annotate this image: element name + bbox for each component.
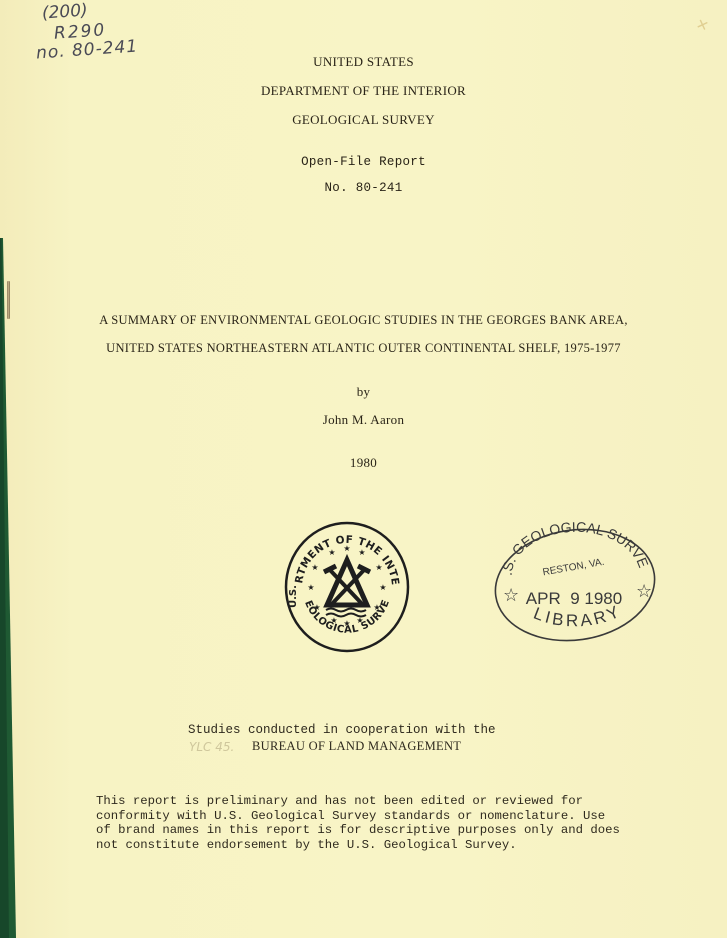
agency-line1: UNITED STATES xyxy=(0,54,727,70)
svg-text:★: ★ xyxy=(358,548,365,557)
title-line1: A SUMMARY OF ENVIRONMENTAL GEOLOGIC STUD… xyxy=(0,313,727,328)
cooperation-line1: Studies conducted in cooperation with th… xyxy=(188,723,496,737)
report-number: No. 80-241 xyxy=(0,181,727,195)
title-line2: UNITED STATES NORTHEASTERN ATLANTIC OUTE… xyxy=(0,341,727,356)
svg-text:★: ★ xyxy=(330,616,337,625)
agency-line2: DEPARTMENT OF THE INTERIOR xyxy=(0,83,727,99)
report-type: Open-File Report xyxy=(0,155,727,169)
svg-text:★: ★ xyxy=(343,544,350,553)
svg-text:★: ★ xyxy=(313,603,320,612)
pencil-mark: ✕ xyxy=(694,13,712,37)
svg-text:★: ★ xyxy=(373,603,380,612)
svg-text:★: ★ xyxy=(343,619,350,628)
author-name: John M. Aaron xyxy=(0,412,727,428)
byline-by: by xyxy=(0,384,727,400)
disclaimer-text: This report is preliminary and has not b… xyxy=(96,794,636,852)
svg-text:★: ★ xyxy=(375,563,382,572)
star-outline-icon: ☆ xyxy=(503,585,519,606)
doi-usgs-seal: DEPARTMENT OF THE INTERIOR U.S. GEOLOGIC… xyxy=(282,520,412,655)
faint-pencil-note: YLC 45. xyxy=(189,740,234,754)
crossed-hammers-mountain-icon xyxy=(324,560,370,617)
handwritten-note-line1: (200) xyxy=(41,0,88,23)
document-page: (200) R290 no. 80-241 ✕ UNITED STATES DE… xyxy=(0,0,727,938)
svg-text:★: ★ xyxy=(379,583,386,592)
svg-text:★: ★ xyxy=(328,548,335,557)
svg-text:★: ★ xyxy=(311,563,318,572)
cooperation-line2: BUREAU OF LAND MANAGEMENT xyxy=(252,739,461,754)
svg-text:★: ★ xyxy=(307,583,314,592)
publication-year: 1980 xyxy=(0,455,727,471)
agency-line3: GEOLOGICAL SURVEY xyxy=(0,112,727,128)
seal-left-text: U.S. xyxy=(288,585,299,608)
stamp-location: RESTON, VA. xyxy=(542,557,605,579)
library-received-stamp: U.S. GEOLOGICAL SURVEY RESTON, VA. ☆ ☆ A… xyxy=(490,522,660,647)
star-outline-icon: ☆ xyxy=(636,581,652,602)
